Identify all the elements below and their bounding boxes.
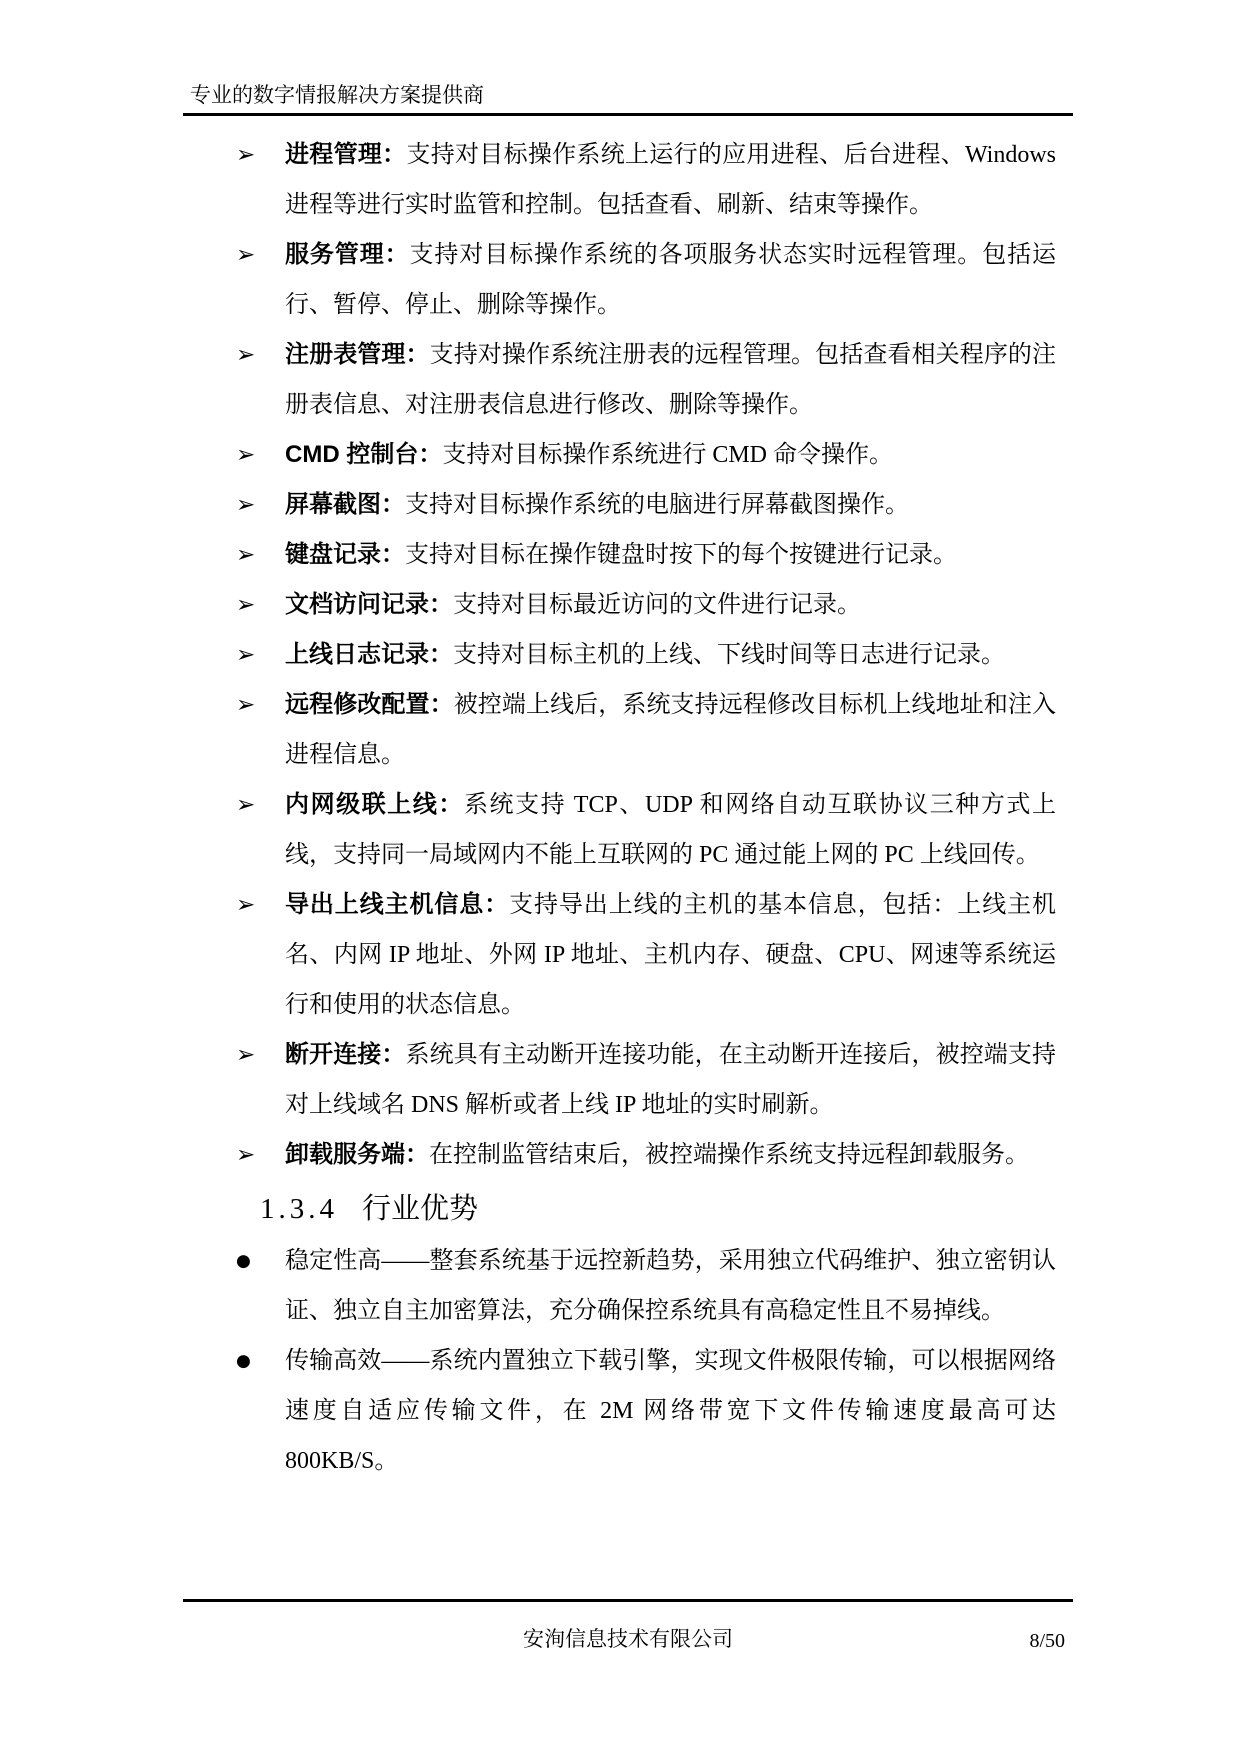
feature-description: 支持对目标操作系统的电脑进行屏幕截图操作。 (405, 492, 909, 518)
feature-list-item: ➢屏幕截图：支持对目标操作系统的电脑进行屏幕截图操作。 (183, 480, 1073, 530)
section-title: 行业优势 (362, 1193, 478, 1225)
feature-list-item: ➢内网级联上线：系统支持 TCP、UDP 和网络自动互联协议三种方式上线，支持同… (183, 780, 1073, 880)
feature-term: 服务管理： (285, 241, 410, 268)
feature-term: 卸载服务端： (285, 1141, 429, 1168)
feature-description: 支持对目标主机的上线、下线时间等日志进行记录。 (453, 642, 1005, 668)
feature-list-item: ➢键盘记录：支持对目标在操作键盘时按下的每个按键进行记录。 (183, 530, 1073, 580)
feature-description: 支持对目标操作系统进行 CMD 命令操作。 (442, 442, 893, 468)
feature-list-item: ➢文档访问记录：支持对目标最近访问的文件进行记录。 (183, 580, 1073, 630)
feature-list-item: ➢CMD 控制台：支持对目标操作系统进行 CMD 命令操作。 (183, 430, 1073, 480)
feature-term: 文档访问记录： (285, 591, 453, 618)
feature-list-item: ➢进程管理：支持对目标操作系统上运行的应用进程、后台进程、Windows 进程等… (183, 130, 1073, 230)
footer-row: 安洵信息技术有限公司 8/50 (183, 1626, 1073, 1652)
arrow-bullet-icon: ➢ (236, 580, 282, 630)
feature-term: 屏幕截图： (285, 491, 405, 518)
feature-list-item: ➢上线日志记录：支持对目标主机的上线、下线时间等日志进行记录。 (183, 630, 1073, 680)
advantage-list-item: ●稳定性高——整套系统基于远控新趋势，采用独立代码维护、独立密钥认证、独立自主加… (183, 1236, 1073, 1336)
feature-term: 上线日志记录： (285, 641, 453, 668)
header-slogan: 专业的数字情报解决方案提供商 (183, 84, 1073, 108)
feature-list-item: ➢断开连接：系统具有主动断开连接功能，在主动断开连接后，被控端支持对上线域名 D… (183, 1030, 1073, 1130)
circle-bullet-icon: ● (236, 1336, 282, 1386)
feature-term: 键盘记录： (285, 541, 405, 568)
feature-term: 进程管理： (285, 141, 406, 168)
feature-list-item: ➢卸载服务端：在控制监管结束后，被控端操作系统支持远程卸载服务。 (183, 1130, 1073, 1180)
feature-list-item: ➢导出上线主机信息：支持导出上线的主机的基本信息，包括：上线主机名、内网 IP … (183, 880, 1073, 1030)
arrow-bullet-icon: ➢ (236, 430, 282, 480)
advantage-text: 传输高效——系统内置独立下载引擎，实现文件极限传输，可以根据网络速度自适应传输文… (285, 1348, 1056, 1474)
arrow-bullet-icon: ➢ (236, 780, 282, 830)
arrow-bullet-icon: ➢ (236, 330, 282, 380)
arrow-bullet-icon: ➢ (236, 130, 282, 180)
arrow-bullet-icon: ➢ (236, 880, 282, 930)
feature-term: 内网级联上线： (285, 791, 464, 818)
footer-page-number: 8/50 (1029, 1628, 1065, 1654)
advantage-list-item: ●传输高效——系统内置独立下载引擎，实现文件极限传输，可以根据网络速度自适应传输… (183, 1336, 1073, 1486)
arrow-bullet-icon: ➢ (236, 230, 282, 280)
header-rule (183, 113, 1073, 116)
feature-list-item: ➢注册表管理：支持对操作系统注册表的远程管理。包括查看相关程序的注册表信息、对注… (183, 330, 1073, 430)
arrow-bullet-icon: ➢ (236, 680, 282, 730)
feature-list-item: ➢服务管理：支持对目标操作系统的各项服务状态实时远程管理。包括运行、暂停、停止、… (183, 230, 1073, 330)
footer-rule (183, 1599, 1073, 1602)
arrow-bullet-icon: ➢ (236, 1030, 282, 1080)
section-number: 1.3.4 (260, 1193, 338, 1225)
feature-term: CMD 控制台： (285, 441, 442, 468)
arrow-bullet-icon: ➢ (236, 480, 282, 530)
arrow-bullet-icon: ➢ (236, 1130, 282, 1180)
document-page: 专业的数字情报解决方案提供商 ➢进程管理：支持对目标操作系统上运行的应用进程、后… (0, 0, 1240, 1754)
arrow-bullet-icon: ➢ (236, 630, 282, 680)
arrow-bullet-icon: ➢ (236, 530, 282, 580)
circle-bullet-icon: ● (236, 1236, 282, 1286)
feature-term: 断开连接： (285, 1041, 405, 1068)
section-heading: 1.3.4行业优势 (183, 1182, 1073, 1236)
feature-description: 在控制监管结束后，被控端操作系统支持远程卸载服务。 (429, 1142, 1029, 1168)
page-footer: 安洵信息技术有限公司 8/50 (183, 1599, 1073, 1652)
feature-list-item: ➢远程修改配置：被控端上线后，系统支持远程修改目标机上线地址和注入进程信息。 (183, 680, 1073, 780)
footer-company: 安洵信息技术有限公司 (183, 1626, 1073, 1652)
feature-term: 注册表管理： (285, 341, 430, 368)
page-header: 专业的数字情报解决方案提供商 (183, 84, 1073, 116)
feature-description: 支持对目标在操作键盘时按下的每个按键进行记录。 (405, 542, 957, 568)
feature-description: 支持对目标最近访问的文件进行记录。 (453, 592, 861, 618)
advantage-text: 稳定性高——整套系统基于远控新趋势，采用独立代码维护、独立密钥认证、独立自主加密… (285, 1248, 1056, 1324)
feature-term: 导出上线主机信息： (285, 891, 509, 918)
feature-term: 远程修改配置： (285, 691, 454, 718)
page-body: ➢进程管理：支持对目标操作系统上运行的应用进程、后台进程、Windows 进程等… (183, 130, 1073, 1486)
